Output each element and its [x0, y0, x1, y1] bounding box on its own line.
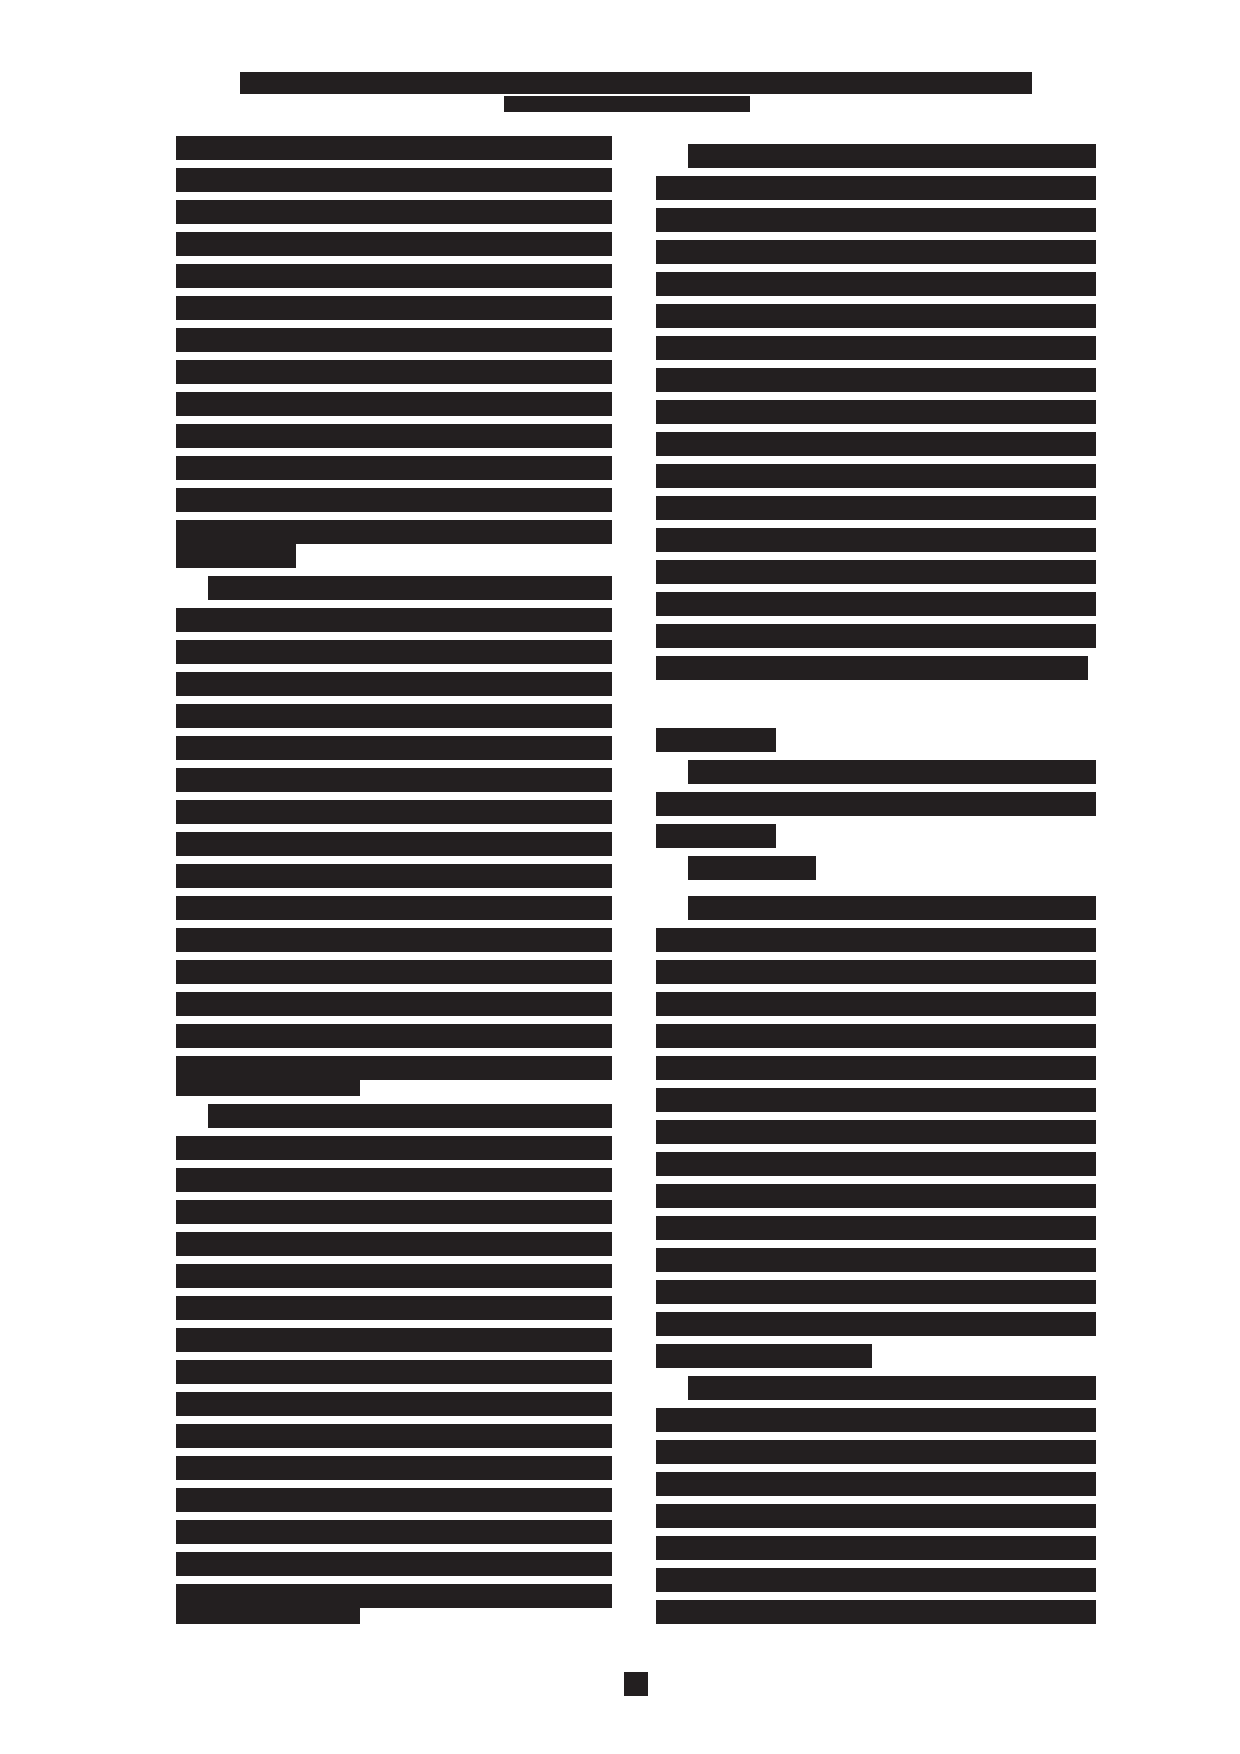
text-line [176, 736, 612, 760]
text-line [176, 800, 612, 824]
text-line [656, 1248, 1096, 1272]
text-line [176, 392, 612, 416]
document-page: [redacted title line 1] [redacted title … [0, 0, 1240, 1754]
text-line [656, 432, 1096, 456]
text-line [656, 368, 1096, 392]
text-line [656, 1536, 1096, 1560]
text-line [656, 824, 776, 848]
text-line [176, 960, 612, 984]
text-line [656, 176, 1096, 200]
text-line [176, 488, 612, 512]
text-line [176, 1360, 612, 1384]
text-line [656, 624, 1096, 648]
title-line-bar-1 [240, 72, 1032, 94]
text-line [656, 1120, 1096, 1144]
text-line [176, 608, 612, 632]
text-line [656, 208, 1096, 232]
text-line [688, 1376, 1096, 1400]
text-line [176, 1456, 612, 1480]
text-line [176, 1296, 612, 1320]
text-line [656, 560, 1096, 584]
text-line [176, 864, 612, 888]
text-line [176, 896, 612, 920]
text-line [656, 240, 1096, 264]
text-line [176, 1232, 612, 1256]
text-line [176, 640, 612, 664]
text-line [176, 136, 612, 160]
text-line [176, 264, 612, 288]
text-line [176, 544, 296, 568]
section-heading [656, 728, 776, 752]
text-line [176, 200, 612, 224]
page-number: [redacted page number] [624, 1672, 648, 1696]
text-line [656, 1408, 1096, 1432]
text-line [656, 400, 1096, 424]
text-line [656, 272, 1096, 296]
text-line [176, 704, 612, 728]
text-line [656, 1184, 1096, 1208]
page-number-text: [redacted page number] [624, 1672, 625, 1673]
text-line [176, 1264, 612, 1288]
text-line [176, 360, 612, 384]
text-line [656, 1088, 1096, 1112]
text-line [176, 1520, 612, 1544]
text-line [656, 992, 1096, 1016]
text-line [176, 832, 612, 856]
text-line [176, 1328, 612, 1352]
text-line [656, 464, 1096, 488]
text-line [208, 1104, 612, 1128]
text-line [656, 1568, 1096, 1592]
text-line [176, 672, 612, 696]
text-line [176, 232, 612, 256]
text-line [176, 1392, 612, 1416]
text-line [656, 1024, 1096, 1048]
text-line [656, 1152, 1096, 1176]
text-line [176, 456, 612, 480]
text-line [176, 992, 612, 1016]
subsection-heading-text: [redacted subsection heading] [0, 0, 1, 1]
text-line [176, 328, 612, 352]
title-line-2: [redacted title line 2] [0, 0, 1, 1]
text-line [656, 1472, 1096, 1496]
text-line [176, 1168, 612, 1192]
text-line [656, 528, 1096, 552]
title-line-bar-2 [504, 96, 750, 112]
text-line [656, 656, 1088, 680]
text-line [176, 768, 612, 792]
text-line [176, 928, 612, 952]
text-line [656, 1600, 1096, 1624]
text-line [176, 1424, 612, 1448]
text-line [176, 1136, 612, 1160]
text-line [656, 1504, 1096, 1528]
section-heading-text: [redacted section heading] [0, 0, 1, 1]
text-line [176, 1552, 612, 1576]
text-line [656, 1216, 1096, 1240]
text-line [656, 1280, 1096, 1304]
text-line [656, 592, 1096, 616]
text-line [208, 576, 612, 600]
text-line [656, 960, 1096, 984]
text-line [688, 896, 1096, 920]
text-line [688, 760, 1096, 784]
text-line [176, 1488, 612, 1512]
text-line [656, 1312, 1096, 1336]
text-line [656, 1344, 872, 1368]
text-line [176, 520, 612, 544]
text-line [176, 1072, 360, 1096]
text-line [688, 144, 1096, 168]
text-line [176, 424, 612, 448]
text-line [656, 496, 1096, 520]
subsection-heading [688, 856, 816, 880]
text-line [656, 336, 1096, 360]
text-line [656, 304, 1096, 328]
title-line-1: [redacted title line 1] [0, 0, 1, 1]
text-line [656, 1056, 1096, 1080]
text-line [176, 1024, 612, 1048]
text-line [656, 792, 1096, 816]
text-line [176, 1600, 360, 1624]
text-line [656, 1440, 1096, 1464]
text-line [656, 928, 1096, 952]
text-line [176, 1200, 612, 1224]
text-line [176, 168, 612, 192]
text-line [176, 296, 612, 320]
